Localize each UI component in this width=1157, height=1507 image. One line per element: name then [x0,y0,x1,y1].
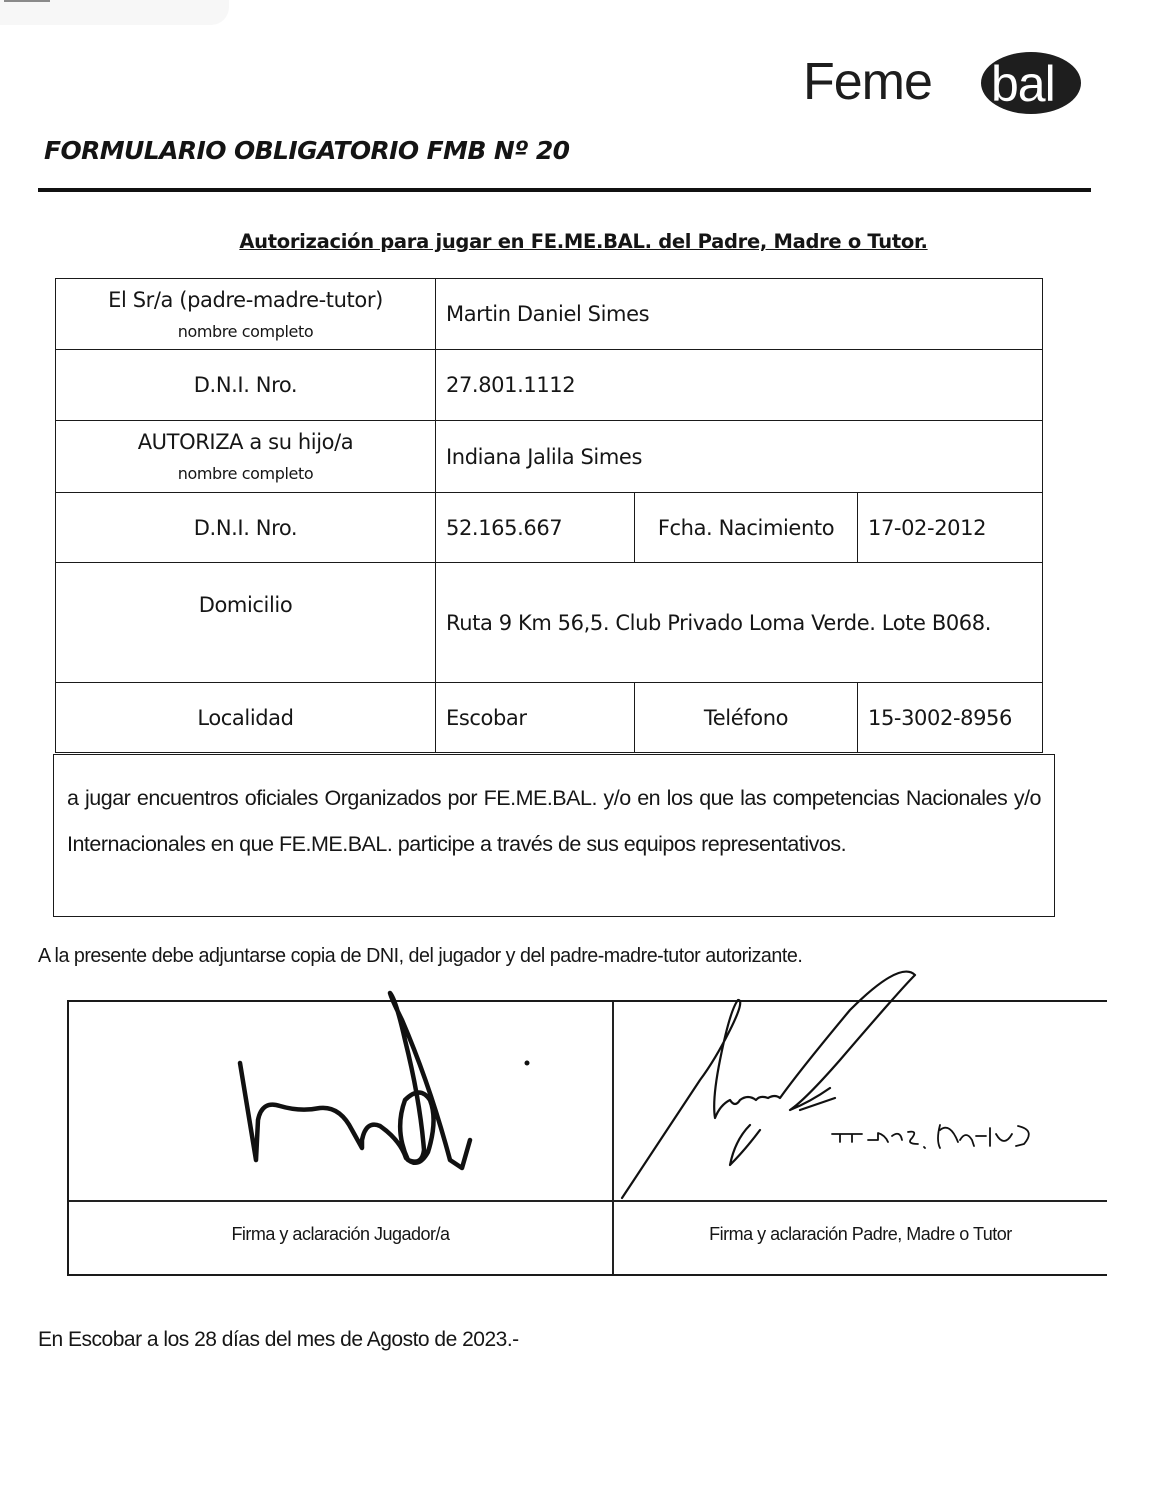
child-name-value[interactable]: Indiana Jalila Simes [436,421,1043,493]
parent-label-text: El Sr/a (padre-madre-tutor) [108,288,383,312]
parent-name-row: El Sr/a (padre-madre-tutor) nombre compl… [56,279,1043,350]
child-name-label: AUTORIZA a su hijo/a nombre completo [56,421,436,493]
parent-name-label: El Sr/a (padre-madre-tutor) nombre compl… [56,279,436,350]
signature-box: Firma y aclaración Jugador/a Firma y acl… [67,1000,1107,1276]
address-row: Domicilio Ruta 9 Km 56,5. Club Privado L… [56,563,1043,683]
child-sublabel: nombre completo [66,464,425,483]
child-dni-row: D.N.I. Nro. 52.165.667 Fcha. Nacimiento … [56,493,1043,563]
title-divider [38,188,1091,192]
city-value[interactable]: Escobar [436,683,635,753]
form-title: FORMULARIO OBLIGATORIO FMB Nº 20 [44,136,569,165]
child-dni-label: D.N.I. Nro. [56,493,436,563]
authorization-clause: a jugar encuentros oficiales Organizados… [53,754,1055,917]
parent-dni-label: D.N.I. Nro. [56,350,436,421]
tab-handle [4,0,50,2]
attachment-note: A la presente debe adjuntarse copia de D… [38,944,802,968]
parent-dni-row: D.N.I. Nro. 27.801.1112 [56,350,1043,421]
address-label: Domicilio [56,563,436,683]
logo-text: Feme [803,56,932,108]
logo-ball-text: bal [991,58,1055,110]
femebal-logo: bal Feme [803,52,1083,112]
phone-value[interactable]: 15-3002-8956 [858,683,1043,753]
city-row: Localidad Escobar Teléfono 15-3002-8956 [56,683,1043,753]
authorization-table: El Sr/a (padre-madre-tutor) nombre compl… [55,278,1043,753]
child-name-row: AUTORIZA a su hijo/a nombre completo Ind… [56,421,1043,493]
logo-ball-icon: bal [981,52,1081,114]
parent-dni-value[interactable]: 27.801.1112 [436,350,1043,421]
form-subtitle: Autorización para jugar en FE.ME.BAL. de… [0,230,1157,253]
parent-signature-label: Firma y aclaración Padre, Madre o Tutor [614,1224,1107,1245]
corner-tab [0,0,229,25]
birthdate-label: Fcha. Nacimiento [635,493,858,563]
address-value[interactable]: Ruta 9 Km 56,5. Club Privado Loma Verde.… [436,563,1043,683]
child-label-text: AUTORIZA a su hijo/a [138,430,354,454]
signature-row-divider [69,1200,1107,1202]
birthdate-value[interactable]: 17-02-2012 [858,493,1043,563]
phone-label: Teléfono [635,683,858,753]
parent-name-value[interactable]: Martin Daniel Simes [436,279,1043,350]
city-label: Localidad [56,683,436,753]
child-dni-value[interactable]: 52.165.667 [436,493,635,563]
parent-sublabel: nombre completo [66,322,425,341]
closing-statement: En Escobar a los 28 días del mes de Agos… [38,1328,519,1352]
player-signature-label: Firma y aclaración Jugador/a [69,1224,612,1245]
